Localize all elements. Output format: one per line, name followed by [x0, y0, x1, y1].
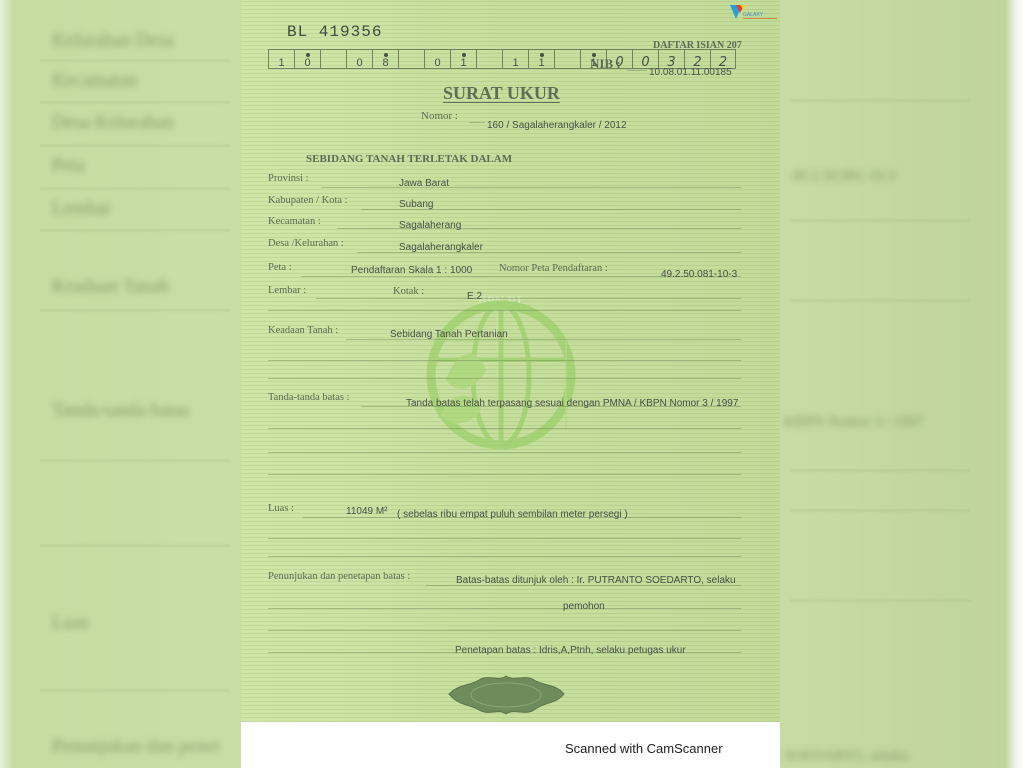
- camscanner-watermark: Scanned with CamScanner: [565, 741, 723, 756]
- digit-box-value: 0: [356, 57, 362, 69]
- luas-spelled: ( sebelas ribu empat puluh sembilan mete…: [397, 509, 628, 520]
- ghost-text: Kelurahan Desa: [52, 30, 174, 52]
- digit-box: [476, 49, 502, 69]
- digit-box-value: 0: [434, 57, 440, 69]
- digit-box: 8: [372, 49, 398, 69]
- digit-box: 2: [684, 49, 710, 69]
- ghost-text: Lembar: [52, 198, 111, 220]
- bl-number: BL 419356: [287, 23, 382, 41]
- penunjukan-label: Penunjukan dan penetapan batas :: [268, 571, 410, 582]
- surat-ukur-document: BPN RI GALAXY BL 419356 10080111100322 D…: [241, 0, 780, 722]
- tanda-batas-label: Tanda-tanda batas :: [268, 392, 349, 403]
- luas-value: 11049 M²: [346, 506, 388, 517]
- kotak-value: E.2: [467, 291, 482, 302]
- ghost-text: KBPN Nomor 3 / 1997: [784, 414, 923, 431]
- digit-box-value: 8: [382, 57, 388, 69]
- keadaan-tanah-label: Keadaan Tanah :: [268, 325, 338, 336]
- document-title: SURAT UKUR: [443, 83, 560, 104]
- digit-box-value: 1: [460, 57, 466, 69]
- nib-value: 10.08.01.11.00185: [649, 67, 732, 78]
- ghost-text: Kecamatan: [52, 70, 137, 92]
- section-heading: SEBIDANG TANAH TERLETAK DALAM: [306, 153, 512, 165]
- digit-box: 0: [346, 49, 372, 69]
- penunjukan-value-line1: Batas-batas ditunjuk oleh : Ir. PUTRANTO…: [456, 575, 736, 586]
- digit-box: 0: [294, 49, 320, 69]
- ghost-text: 49.2.50.081-10-3: [792, 168, 896, 185]
- ghost-text: Desa Kelurahan: [52, 112, 174, 134]
- official-seal-icon: [444, 672, 569, 718]
- provinsi-value: Jawa Barat: [399, 178, 449, 189]
- digit-box: 1: [502, 49, 528, 69]
- digit-box-value: 0: [304, 57, 310, 69]
- daftar-isian-label: DAFTAR ISIAN 207: [653, 40, 742, 51]
- svg-text:GALAXY: GALAXY: [743, 12, 764, 18]
- nomor-peta-value: 49.2.50.081-10-3: [661, 269, 737, 280]
- digit-box: 0: [632, 49, 658, 69]
- desa-label: Desa /Kelurahan :: [268, 238, 344, 249]
- ghost-text: Peta: [52, 155, 85, 177]
- digit-box: 1: [268, 49, 294, 69]
- nomor-peta-label: Nomor Peta Pendaftaran :: [499, 263, 608, 274]
- kotak-label: Kotak :: [393, 286, 424, 297]
- peta-value: Pendaftaran Skala 1 : 1000: [351, 265, 472, 276]
- digit-boxes: 10080111100322: [268, 49, 736, 69]
- lembar-label: Lembar :: [268, 285, 306, 296]
- peta-label: Peta :: [268, 262, 292, 273]
- scanned-page: BPN RI GALAXY BL 419356 10080111100322 D…: [241, 0, 780, 768]
- digit-box: 1: [450, 49, 476, 69]
- galaxy-logo-icon: GALAXY: [730, 3, 778, 21]
- nomor-value: 160 / Sagalaherangkaler / 2012: [487, 120, 627, 131]
- penunjukan-value-line2: pemohon: [563, 601, 605, 612]
- ghost-text: Keadaan Tanah: [52, 276, 169, 298]
- luas-label: Luas :: [268, 503, 294, 514]
- nomor-label: Nomor :: [421, 110, 458, 122]
- nib-label: NIB :: [590, 56, 621, 72]
- kabupaten-value: Subang: [399, 199, 433, 210]
- digit-box: 0: [424, 49, 450, 69]
- kecamatan-label: Kecamatan :: [268, 216, 321, 227]
- provinsi-label: Provinsi :: [268, 173, 309, 184]
- digit-box: [320, 49, 346, 69]
- kabupaten-label: Kabupaten / Kota :: [268, 195, 348, 206]
- digit-box-value: 1: [512, 57, 518, 69]
- digit-box: 3: [658, 49, 684, 69]
- ghost-text: Penunjukan dan penet: [52, 736, 220, 758]
- ghost-text: Luas: [52, 612, 89, 634]
- digit-box: [398, 49, 424, 69]
- digit-box-value: 1: [278, 57, 284, 69]
- kecamatan-value: Sagalaherang: [399, 220, 461, 231]
- digit-box: [554, 49, 580, 69]
- tanda-batas-value: Tanda batas telah terpasang sesuai denga…: [406, 398, 738, 409]
- ghost-text: Tanda-tanda batas: [52, 400, 189, 422]
- desa-value: Sagalaherangkaler: [399, 242, 483, 253]
- digit-box: 1: [528, 49, 554, 69]
- penetapan-value: Penetapan batas : Idris,A,Ptnh, selaku p…: [455, 645, 686, 656]
- keadaan-tanah-value: Sebidang Tanah Pertanian: [390, 329, 508, 340]
- ghost-text: SOEDARTO, selaku: [784, 748, 909, 765]
- digit-box: 2: [710, 49, 736, 69]
- digit-box-value: 1: [538, 57, 544, 69]
